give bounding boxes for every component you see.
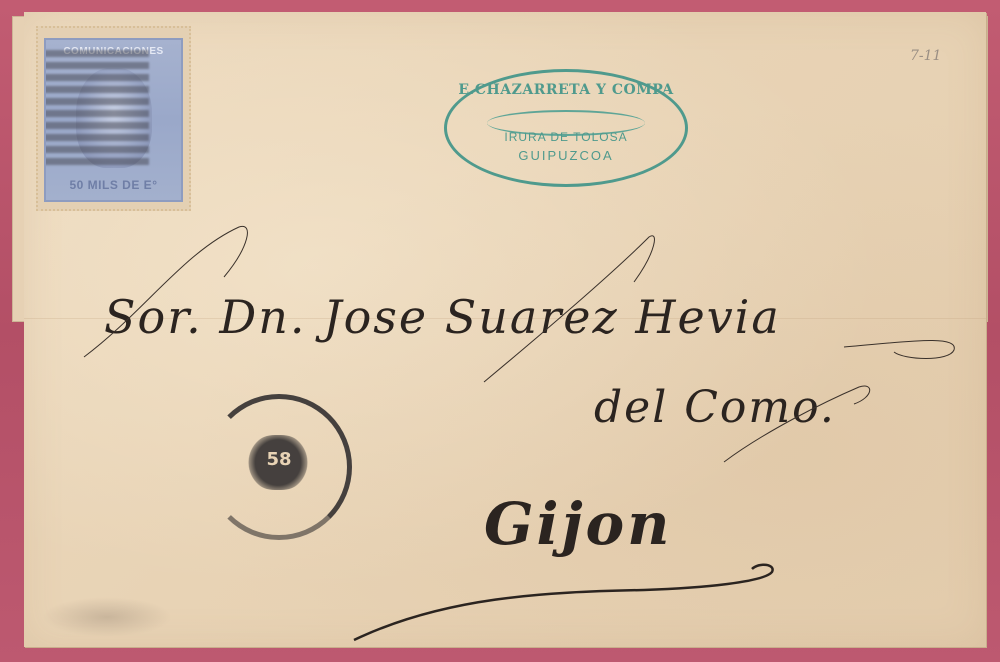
date-stamp-number: 58 [211,449,347,470]
handstamp-town: IRURA DE TOLOSA [447,130,685,144]
address-line-1: Sor. Dn. Jose Suarez Hevia [104,290,781,344]
address-line-2: del Como. [594,382,836,433]
foxing-stain [42,597,172,637]
pencil-note: 7-11 [910,48,941,64]
postal-cover: COMUNICACIONES 50 MILS DE E° E.CHAZARRET… [24,12,986,647]
stamp-design: COMUNICACIONES 50 MILS DE E° [44,38,183,202]
handstamp-province: GUIPUZCOA [447,148,685,163]
sender-handstamp: E.CHAZARRETA Y COMPA IRURA DE TOLOSA GUI… [444,69,688,187]
postage-stamp: COMUNICACIONES 50 MILS DE E° [36,26,191,211]
address-line-3: Gijon [484,490,672,558]
round-date-stamp: 58 [206,394,352,540]
grid-cancel-mark [44,50,149,165]
handstamp-company: E.CHAZARRETA Y COMPA [447,82,685,98]
stamp-value-text: 50 MILS DE E° [46,178,181,192]
